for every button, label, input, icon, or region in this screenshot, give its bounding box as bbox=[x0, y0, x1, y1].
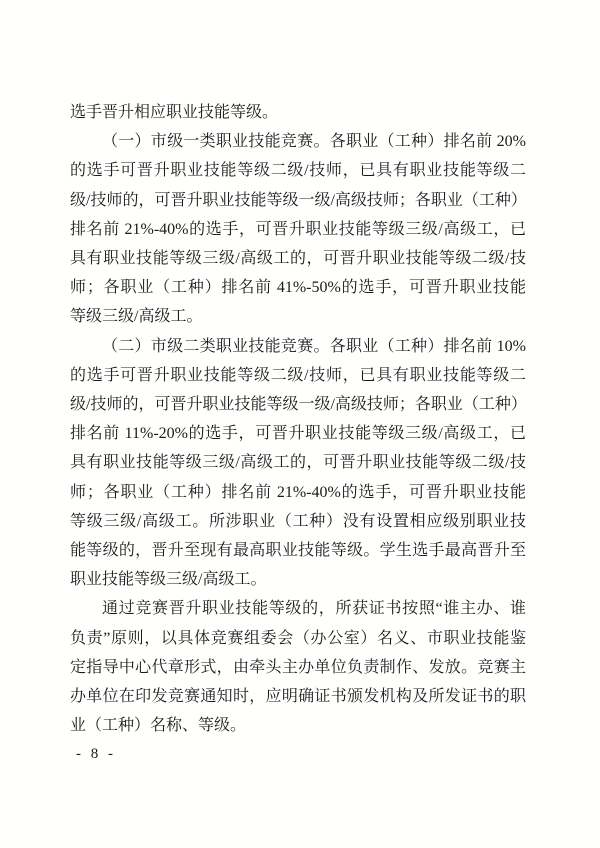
document-line: 的选手可晋升职业技能等级二级/技师，已具有职业技能等级二 bbox=[70, 156, 526, 185]
document-line: 业（工种）名称、等级。 bbox=[70, 711, 526, 740]
document-line: 通过竞赛晋升职业技能等级的，所获证书按照“谁主办、谁 bbox=[70, 594, 526, 623]
document-line: 级/技师的，可晋升职业技能等级一级/高级技师；各职业（工种） bbox=[70, 390, 526, 419]
document-line: 师；各职业（工种）排名前 21%-40%的选手，可晋升职业技能 bbox=[70, 478, 526, 507]
document-line: 的选手可晋升职业技能等级二级/技师，已具有职业技能等级二 bbox=[70, 361, 526, 390]
document-line: （二）市级二类职业技能竞赛。各职业（工种）排名前 10% bbox=[70, 332, 526, 361]
document-line: 排名前 21%-40%的选手，可晋升职业技能等级三级/高级工，已 bbox=[70, 215, 526, 244]
document-line: 级/技师的，可晋升职业技能等级一级/高级技师；各职业（工种） bbox=[70, 186, 526, 215]
document-line: 负责”原则，以具体竞赛组委会（办公室）名义、市职业技能鉴 bbox=[70, 624, 526, 653]
document-line: 职业技能等级三级/高级工。 bbox=[70, 565, 526, 594]
document-line: （一）市级一类职业技能竞赛。各职业（工种）排名前 20% bbox=[70, 127, 526, 156]
document-line: 定指导中心代章形式，由牵头主办单位负责制作、发放。竞赛主 bbox=[70, 653, 526, 682]
document-line: 具有职业技能等级三级/高级工的，可晋升职业技能等级二级/技 bbox=[70, 448, 526, 477]
document-line: 办单位在印发竞赛通知时，应明确证书颁发机构及所发证书的职 bbox=[70, 682, 526, 711]
document-page: 选手晋升相应职业技能等级。 （一）市级一类职业技能竞赛。各职业（工种）排名前 2… bbox=[0, 0, 600, 848]
document-body: 选手晋升相应职业技能等级。 （一）市级一类职业技能竞赛。各职业（工种）排名前 2… bbox=[70, 98, 526, 740]
document-line: 师；各职业（工种）排名前 41%-50%的选手，可晋升职业技能 bbox=[70, 273, 526, 302]
document-line: 具有职业技能等级三级/高级工的，可晋升职业技能等级二级/技 bbox=[70, 244, 526, 273]
document-line: 选手晋升相应职业技能等级。 bbox=[70, 98, 526, 127]
document-line: 等级三级/高级工。 bbox=[70, 302, 526, 331]
page-number: - 8 - bbox=[76, 744, 116, 764]
document-line: 排名前 11%-20%的选手，可晋升职业技能等级三级/高级工，已 bbox=[70, 419, 526, 448]
document-line: 能等级的，晋升至现有最高职业技能等级。学生选手最高晋升至 bbox=[70, 536, 526, 565]
document-line: 等级三级/高级工。所涉职业（工种）没有设置相应级别职业技 bbox=[70, 507, 526, 536]
